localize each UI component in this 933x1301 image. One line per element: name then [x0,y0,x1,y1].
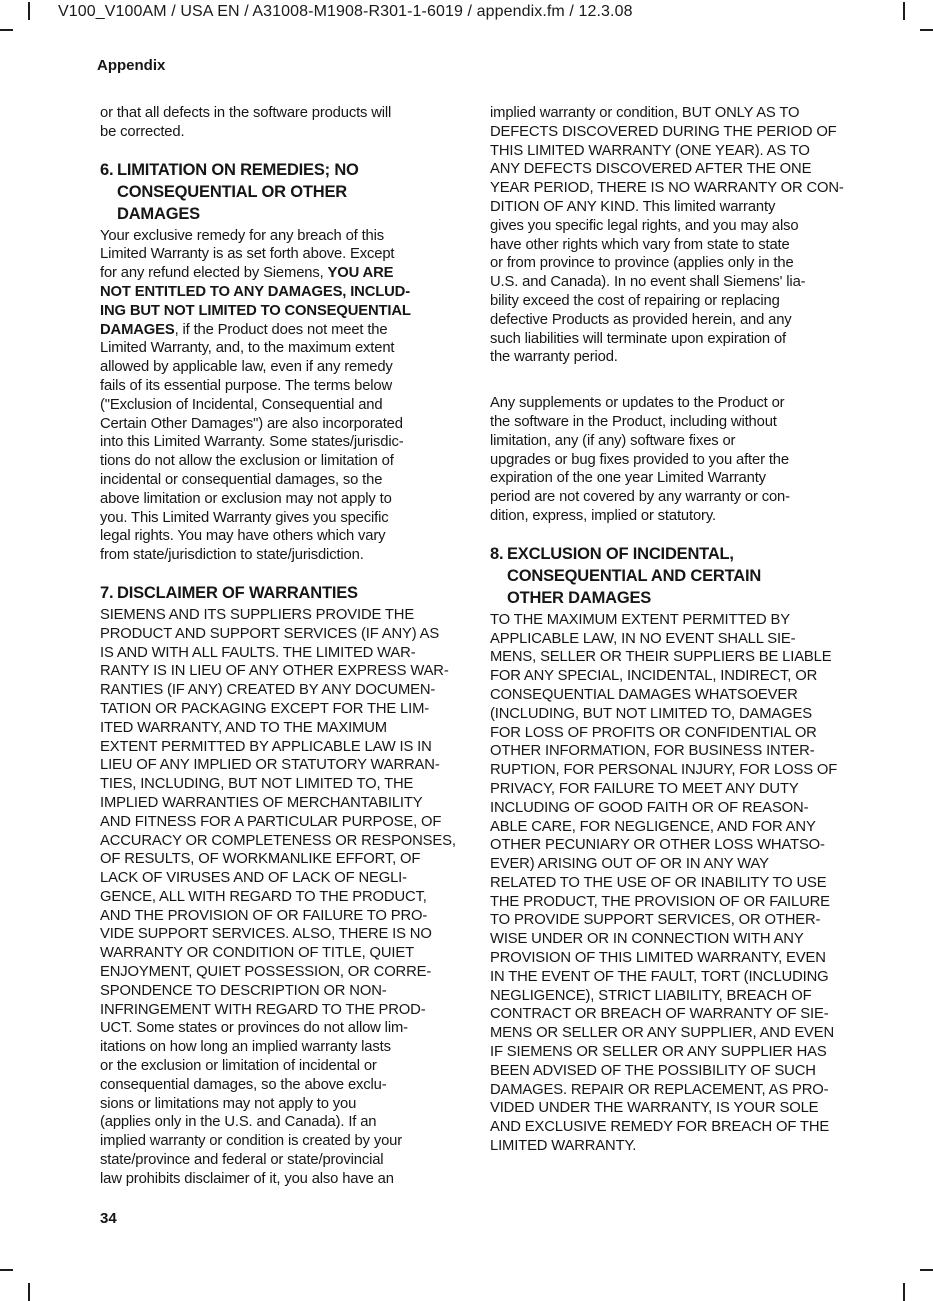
paragraph-line: ING BUT NOT LIMITED TO CONSEQUENTIAL [100,302,460,321]
document-file-info: V100_V100AM / USA EN / A31008-M1908-R301… [58,3,633,21]
paragraph-line: implied warranty or condition is created… [100,1132,460,1151]
paragraph-line: itations on how long an implied warranty… [100,1038,460,1057]
paragraph-line: gives you specific legal rights, and you… [490,217,850,236]
paragraph-line: the warranty period. [490,348,850,367]
page-section-title: Appendix [97,57,165,74]
paragraph-line: ITED WARRANTY, AND TO THE MAXIMUM [100,719,460,738]
paragraph: implied warranty or condition, BUT ONLY … [490,104,850,367]
paragraph-line: Certain Other Damages") are also incorpo… [100,415,460,434]
paragraph-line: EVER) ARISING OUT OF OR IN ANY WAY [490,855,850,874]
paragraph-line: IMPLIED WARRANTIES OF MERCHANTABILITY [100,794,460,813]
paragraph-line: from state/jurisdiction to state/jurisdi… [100,546,460,565]
section-heading-number: 7. [100,582,117,604]
crop-mark-top-right-vertical [903,2,905,20]
section-heading-line: DISCLAIMER OF WARRANTIES [117,582,358,604]
paragraph-line: legal rights. You may have others which … [100,527,460,546]
paragraph-line: PRODUCT AND SUPPORT SERVICES (IF ANY) AS [100,625,460,644]
paragraph-line: (INCLUDING, BUT NOT LIMITED TO, DAMAGES [490,705,850,724]
paragraph-line: THE PRODUCT, THE PROVISION OF OR FAILURE [490,893,850,912]
paragraph-line: ABLE CARE, FOR NEGLIGENCE, AND FOR ANY [490,818,850,837]
paragraph-line: Limited Warranty, and, to the maximum ex… [100,339,460,358]
paragraph-line: INFRINGEMENT WITH REGARD TO THE PROD- [100,1001,460,1020]
paragraph-line: have other rights which vary from state … [490,236,850,255]
paragraph-line: fails of its essential purpose. The term… [100,377,460,396]
section-heading-line: CONSEQUENTIAL OR OTHER [117,181,359,203]
paragraph-line: ANY DEFECTS DISCOVERED AFTER THE ONE [490,160,850,179]
section-heading-number: 8. [490,543,507,609]
crop-mark-bottom-right-vertical [903,1283,905,1301]
column-left: or that all defects in the software prod… [100,104,460,1189]
paragraph-line: RELATED TO THE USE OF OR INABILITY TO US… [490,874,850,893]
paragraph-line: ACCURACY OR COMPLETENESS OR RESPONSES, [100,832,460,851]
paragraph-line: LIMITED WARRANTY. [490,1137,850,1156]
paragraph-line: OF RESULTS, OF WORKMANLIKE EFFORT, OF [100,850,460,869]
paragraph: Any supplements or updates to the Produc… [490,394,850,526]
paragraph-line: Any supplements or updates to the Produc… [490,394,850,413]
paragraph-line: CONTRACT OR BREACH OF WARRANTY OF SIE- [490,1005,850,1024]
section-heading: 6.LIMITATION ON REMEDIES; NOCONSEQUENTIA… [100,159,460,225]
paragraph-line: TIES, INCLUDING, BUT NOT LIMITED TO, THE [100,775,460,794]
paragraph-line: expiration of the one year Limited Warra… [490,469,850,488]
paragraph-line: RUPTION, FOR PERSONAL INJURY, FOR LOSS O… [490,761,850,780]
paragraph-line: RANTIES (IF ANY) CREATED BY ANY DOCUMEN- [100,681,460,700]
paragraph-line: SIEMENS AND ITS SUPPLIERS PROVIDE THE [100,606,460,625]
paragraph-line: IF SIEMENS OR SELLER OR ANY SUPPLIER HAS [490,1043,850,1062]
paragraph-line: incidental or consequential damages, so … [100,471,460,490]
paragraph-line: for any refund elected by Siemens, YOU A… [100,264,460,283]
page-number: 34 [100,1210,117,1227]
paragraph-line: APPLICABLE LAW, IN NO EVENT SHALL SIE- [490,630,850,649]
crop-mark-top-right-horizontal [920,29,933,31]
paragraph-line: FOR ANY SPECIAL, INCIDENTAL, INDIRECT, O… [490,667,850,686]
paragraph-line: or from province to province (applies on… [490,254,850,273]
paragraph-line: allowed by applicable law, even if any r… [100,358,460,377]
paragraph-line: THIS LIMITED WARRANTY (ONE YEAR). AS TO [490,142,850,161]
paragraph-line: AND FITNESS FOR A PARTICULAR PURPOSE, OF [100,813,460,832]
section-heading-line: CONSEQUENTIAL AND CERTAIN [507,565,761,587]
crop-mark-bottom-left-vertical [28,1283,30,1301]
paragraph-line: UCT. Some states or provinces do not all… [100,1019,460,1038]
paragraph-line: such liabilities will terminate upon exp… [490,330,850,349]
paragraph-line: limitation, any (if any) software fixes … [490,432,850,451]
paragraph-line: INCLUDING OF GOOD FAITH OR OF REASON- [490,799,850,818]
crop-mark-top-left-vertical [28,2,30,20]
paragraph-line: Your exclusive remedy for any breach of … [100,227,460,246]
paragraph-line: DAMAGES. REPAIR OR REPLACEMENT, AS PRO- [490,1081,850,1100]
paragraph-line: law prohibits disclaimer of it, you also… [100,1170,460,1189]
paragraph-line: CONSEQUENTIAL DAMAGES WHATSOEVER [490,686,850,705]
paragraph-line: IS AND WITH ALL FAULTS. THE LIMITED WAR- [100,644,460,663]
paragraph-line: GENCE, ALL WITH REGARD TO THE PRODUCT, [100,888,460,907]
paragraph-line: BEEN ADVISED OF THE POSSIBILITY OF SUCH [490,1062,850,1081]
paragraph-line: U.S. and Canada). In no event shall Siem… [490,273,850,292]
paragraph-line: DEFECTS DISCOVERED DURING THE PERIOD OF [490,123,850,142]
column-right: implied warranty or condition, BUT ONLY … [490,104,850,1156]
paragraph-line: or that all defects in the software prod… [100,104,460,123]
paragraph-line: VIDE SUPPORT SERVICES. ALSO, THERE IS NO [100,925,460,944]
paragraph-line: bility exceed the cost of repairing or r… [490,292,850,311]
paragraph-line: sions or limitations may not apply to yo… [100,1095,460,1114]
paragraph-line: WISE UNDER OR IN CONNECTION WITH ANY [490,930,850,949]
paragraph-line: TO PROVIDE SUPPORT SERVICES, OR OTHER- [490,911,850,930]
section-heading-line: DAMAGES [117,203,359,225]
paragraph-line: period are not covered by any warranty o… [490,488,850,507]
paragraph-line: EXTENT PERMITTED BY APPLICABLE LAW IS IN [100,738,460,757]
paragraph: SIEMENS AND ITS SUPPLIERS PROVIDE THEPRO… [100,606,460,1189]
paragraph-line: defective Products as provided herein, a… [490,311,850,330]
crop-mark-bottom-left-horizontal [0,1269,13,1271]
paragraph-line: OTHER PECUNIARY OR OTHER LOSS WHATSO- [490,836,850,855]
paragraph-line: ("Exclusion of Incidental, Consequential… [100,396,460,415]
paragraph-line: OTHER INFORMATION, FOR BUSINESS INTER- [490,742,850,761]
paragraph-line: PROVISION OF THIS LIMITED WARRANTY, EVEN [490,949,850,968]
paragraph-line: YEAR PERIOD, THERE IS NO WARRANTY OR CON… [490,179,850,198]
paragraph-line: MENS OR SELLER OR ANY SUPPLIER, AND EVEN [490,1024,850,1043]
paragraph-line: AND EXCLUSIVE REMEDY FOR BREACH OF THE [490,1118,850,1137]
paragraph: Your exclusive remedy for any breach of … [100,227,460,565]
paragraph: TO THE MAXIMUM EXTENT PERMITTED BYAPPLIC… [490,611,850,1156]
paragraph-line: PRIVACY, FOR FAILURE TO MEET ANY DUTY [490,780,850,799]
paragraph-line: VIDED UNDER THE WARRANTY, IS YOUR SOLE [490,1099,850,1118]
paragraph-line: be corrected. [100,123,460,142]
section-heading-line: EXCLUSION OF INCIDENTAL, [507,543,761,565]
paragraph-line: DITION OF ANY KIND. This limited warrant… [490,198,850,217]
section-heading-line: OTHER DAMAGES [507,587,761,609]
paragraph-line: NEGLIGENCE), STRICT LIABILITY, BREACH OF [490,987,850,1006]
paragraph-line: LIEU OF ANY IMPLIED OR STATUTORY WARRAN- [100,756,460,775]
paragraph-line: IN THE EVENT OF THE FAULT, TORT (INCLUDI… [490,968,850,987]
paragraph-line: SPONDENCE TO DESCRIPTION OR NON- [100,982,460,1001]
paragraph-line: consequential damages, so the above excl… [100,1076,460,1095]
paragraph-line: RANTY IS IN LIEU OF ANY OTHER EXPRESS WA… [100,662,460,681]
crop-mark-top-left-horizontal [0,29,13,31]
paragraph-line: NOT ENTITLED TO ANY DAMAGES, INCLUD- [100,283,460,302]
paragraph-line: upgrades or bug fixes provided to you af… [490,451,850,470]
section-heading-number: 6. [100,159,117,225]
paragraph-line: AND THE PROVISION OF OR FAILURE TO PRO- [100,907,460,926]
section-heading-line: LIMITATION ON REMEDIES; NO [117,159,359,181]
paragraph-line: above limitation or exclusion may not ap… [100,490,460,509]
section-heading: 8.EXCLUSION OF INCIDENTAL,CONSEQUENTIAL … [490,543,850,609]
paragraph-line: ENJOYMENT, QUIET POSSESSION, OR CORRE- [100,963,460,982]
paragraph-line: you. This Limited Warranty gives you spe… [100,509,460,528]
paragraph-line: tions do not allow the exclusion or limi… [100,452,460,471]
paragraph-line: into this Limited Warranty. Some states/… [100,433,460,452]
paragraph-line: TO THE MAXIMUM EXTENT PERMITTED BY [490,611,850,630]
paragraph-line: dition, express, implied or statutory. [490,507,850,526]
paragraph-line: implied warranty or condition, BUT ONLY … [490,104,850,123]
paragraph-line: or the exclusion or limitation of incide… [100,1057,460,1076]
paragraph-line: LACK OF VIRUSES AND OF LACK OF NEGLI- [100,869,460,888]
paragraph-line: WARRANTY OR CONDITION OF TITLE, QUIET [100,944,460,963]
paragraph-line: FOR LOSS OF PROFITS OR CONFIDENTIAL OR [490,724,850,743]
section-heading: 7.DISCLAIMER OF WARRANTIES [100,582,460,604]
paragraph-line: state/province and federal or state/prov… [100,1151,460,1170]
paragraph: or that all defects in the software prod… [100,104,460,142]
paragraph-line: MENS, SELLER OR THEIR SUPPLIERS BE LIABL… [490,648,850,667]
paragraph-line: TATION OR PACKAGING EXCEPT FOR THE LIM- [100,700,460,719]
paragraph-line: DAMAGES, if the Product does not meet th… [100,321,460,340]
paragraph-line: (applies only in the U.S. and Canada). I… [100,1113,460,1132]
paragraph-line: the software in the Product, including w… [490,413,850,432]
crop-mark-bottom-right-horizontal [920,1269,933,1271]
paragraph-line: Limited Warranty is as set forth above. … [100,245,460,264]
